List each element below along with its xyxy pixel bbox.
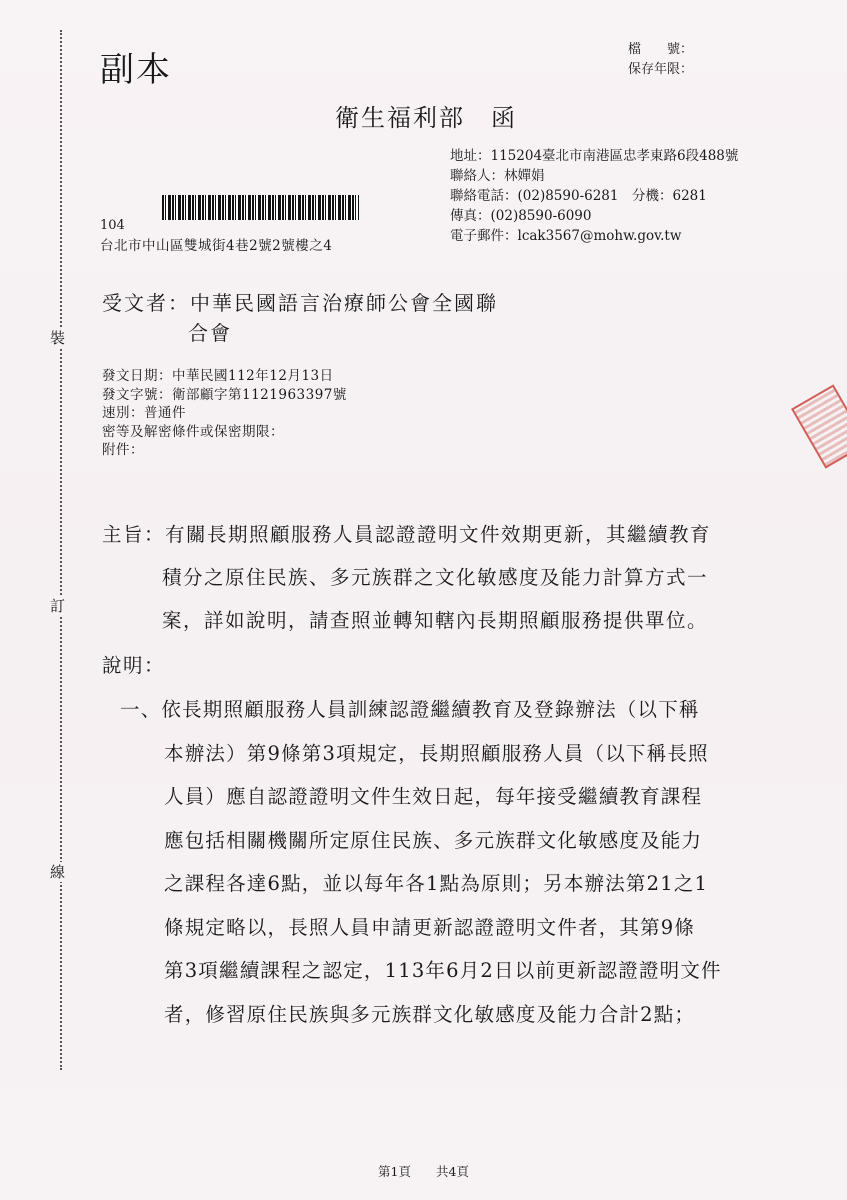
explanation-item-1: 一、依長期照顧服務人員訓練認證繼續教育及登錄辦法（以下稱 本辦法）第9條第3項規… xyxy=(120,688,722,1036)
barcode xyxy=(162,195,359,220)
retention-label: 保存年限： xyxy=(628,60,693,80)
recipient: 受文者：中華民國語言治療師公會全國聯 合會 xyxy=(102,288,498,348)
subject-line: 案，詳如說明，請查照並轉知轄內長期照顧服務提供單位。 xyxy=(102,599,711,642)
document-title: 衛生福利部 函 xyxy=(335,98,517,133)
item-line: 應包括相關機關所定原住民族、多元族群文化敏感度及能力 xyxy=(120,819,722,863)
item-line: 條規定略以，長照人員申請更新認證證明文件者，其第9條 xyxy=(120,906,722,950)
sender-address: 地址：115204臺北市南港區忠孝東路6段488號 xyxy=(450,146,738,166)
red-seal-stamp xyxy=(791,384,847,468)
item-line: 一、依長期照顧服務人員訓練認證繼續教育及登錄辦法（以下稱 xyxy=(120,688,722,732)
recipient-line-1: 受文者：中華民國語言治療師公會全國聯 xyxy=(102,288,498,318)
file-meta: 檔 號： 保存年限： xyxy=(628,40,693,80)
sender-phone: 聯絡電話：(02)8590-6281 分機：6281 xyxy=(450,186,738,206)
dispatch-meta: 發文日期：中華民國112年12月13日 發文字號：衛部顧字第1121963397… xyxy=(102,367,347,460)
item-line: 者，修習原住民族與多元族群文化敏感度及能力合計2點； xyxy=(120,993,722,1037)
copy-mark: 副本 xyxy=(100,42,172,91)
recipient-address: 台北市中山區雙城街4巷2號2號樓之4 xyxy=(100,234,332,254)
subject-line: 主旨：有關長期照顧服務人員認證證明文件效期更新，其繼續教育 xyxy=(102,513,711,556)
subject-line: 積分之原住民族、多元族群之文化敏感度及能力計算方式一 xyxy=(102,556,711,599)
document-page: 裝 訂 線 副本 檔 號： 保存年限： 衛生福利部 函 地址：115204臺北市… xyxy=(0,0,847,1200)
file-number-label: 檔 號： xyxy=(628,40,693,60)
binding-char-xian: 線 xyxy=(50,862,65,882)
classification: 密等及解密條件或保密期限： xyxy=(102,423,347,442)
explanation-label: 說明： xyxy=(102,650,165,678)
sender-contact: 聯絡人：林嬋娟 xyxy=(450,166,738,186)
item-line: 之課程各達6點，並以每年各1點為原則；另本辦法第21之1 xyxy=(120,862,722,906)
sender-fax: 傳真：(02)8590-6090 xyxy=(450,206,738,226)
subject: 主旨：有關長期照顧服務人員認證證明文件效期更新，其繼續教育 積分之原住民族、多元… xyxy=(102,513,711,642)
speed-class: 速別：普通件 xyxy=(102,404,347,423)
item-line: 第3項繼續課程之認定，113年6月2日以前更新認證證明文件 xyxy=(120,949,722,993)
sender-email: 電子郵件：lcak3567@mohw.gov.tw xyxy=(450,226,738,246)
zip-code: 104 xyxy=(100,218,125,233)
page-footer: 第1頁 共4頁 xyxy=(0,1162,847,1180)
dispatch-date: 發文日期：中華民國112年12月13日 xyxy=(102,367,347,386)
attachment: 附件： xyxy=(102,441,347,460)
binding-char-ding: 訂 xyxy=(50,596,65,616)
item-line: 人員）應自認證證明文件生效日起，每年接受繼續教育課程 xyxy=(120,775,722,819)
item-line: 本辦法）第9條第3項規定，長期照顧服務人員（以下稱長照 xyxy=(120,732,722,776)
dispatch-number: 發文字號：衛部顧字第1121963397號 xyxy=(102,386,347,405)
binding-char-zhuang: 裝 xyxy=(50,328,65,348)
sender-info: 地址：115204臺北市南港區忠孝東路6段488號 聯絡人：林嬋娟 聯絡電話：(… xyxy=(450,146,738,246)
recipient-line-2: 合會 xyxy=(102,318,498,348)
binding-line xyxy=(60,30,62,1070)
